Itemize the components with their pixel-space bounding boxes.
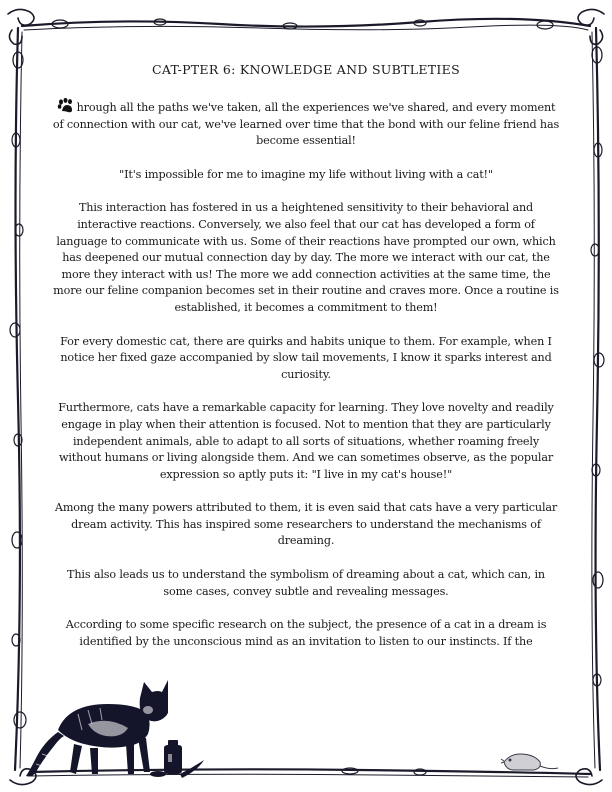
- paragraph: According to some specific research on t…: [52, 617, 560, 650]
- mouse-illustration: [500, 748, 560, 776]
- paragraph: For every domestic cat, there are quirks…: [52, 334, 560, 384]
- document-page: CAT-PTER 6: KNOWLEDGE AND SUBTLETIES hro…: [0, 0, 612, 792]
- paragraph: This also leads us to understand the sym…: [52, 567, 560, 600]
- paragraph-quote: "It's impossible for me to imagine my li…: [52, 167, 560, 184]
- paragraph-intro: hrough all the paths we've taken, all th…: [52, 98, 560, 150]
- paw-print-icon: [57, 98, 77, 114]
- paragraph: This interaction has fostered in us a he…: [52, 200, 560, 316]
- cat-illustration: [18, 672, 168, 782]
- paragraph: Among the many powers attributed to them…: [52, 500, 560, 550]
- paragraph: Furthermore, cats have a remarkable capa…: [52, 400, 560, 483]
- paragraph-text: hrough all the paths we've taken, all th…: [53, 101, 559, 147]
- inkwell-with-quill-illustration: [150, 738, 210, 782]
- chapter-title: CAT-PTER 6: KNOWLEDGE AND SUBTLETIES: [0, 62, 612, 77]
- chapter-body: hrough all the paths we've taken, all th…: [52, 98, 560, 667]
